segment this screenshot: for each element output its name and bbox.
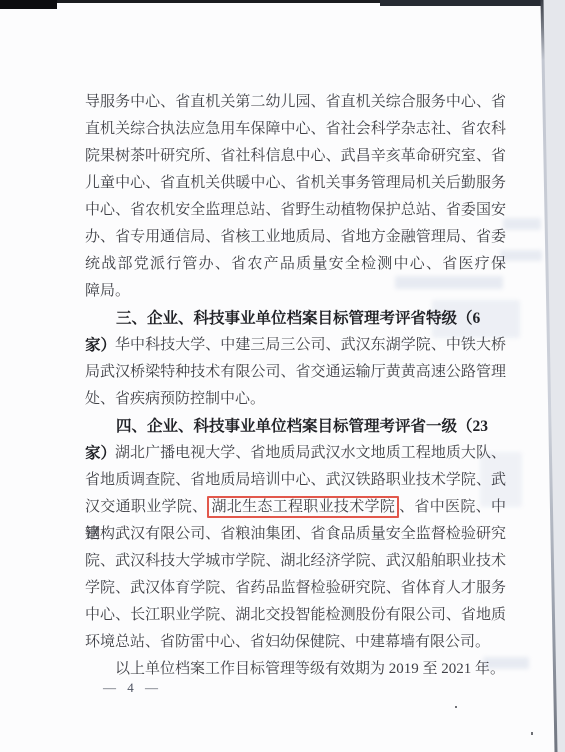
body-line: 统战部党派行管办、省农产品质量安全检测中心、省医疗保 [85,251,506,278]
document-text-block: 导服务中心、省直机关第二幼儿园、省直机关综合服务中心、省 直机关综合执法应急用车… [85,89,506,683]
body-line: 局武汉桥梁特种技术有限公司、省交通运输厅黄黄高速公路管理 [85,359,506,386]
scanned-document-page: 导服务中心、省直机关第二幼儿园、省直机关综合服务中心、省 直机关综合执法应急用车… [0,0,565,752]
body-line: 学院、武汉体育学院、省药品监督检验研究院、省体育人才服务 [85,575,506,602]
scan-speck [455,706,457,708]
page-number: — 4 — [103,680,162,696]
red-highlight-box: 湖北生态工程职业技术学院 [207,496,399,518]
body-line: 办、省专用通信局、省核工业地质局、省地方金融管理局、省委 [85,224,506,251]
body-line: 中心、省农机安全监理总站、省野生动植物保护总站、省委国安 [85,197,506,224]
body-line: 院、武汉科技大学城市学院、湖北经济学院、武汉船舶职业技术 [85,548,506,575]
body-line: 直机关综合执法应急用车保障中心、省社会科学杂志社、省农科 [85,116,506,143]
highlighted-text: 湖北生态工程职业技术学院 [211,499,395,515]
closing-line: 以上单位档案工作目标管理等级有效期为 2019 至 2021 年。 [85,656,506,683]
scan-speck [531,732,533,735]
bleedthrough-artifact [503,218,541,230]
body-line: 环境总站、省防雷中心、省妇幼保健院、中建幕墙有限公司。 [85,629,506,656]
body-line: 钢构武汉有限公司、省粮油集团、省食品质量安全监督检验研究 [85,521,506,548]
highlight-line-before: 汉交通职业学院、 [85,499,207,515]
body-line: 儿童中心、省直机关供暖中心、省机关事务管理局机关后勤服务 [85,170,506,197]
body-line: 导服务中心、省直机关第二幼儿园、省直机关综合服务中心、省 [85,89,506,116]
section-heading-3: 三、企业、科技事业单位档案目标管理考评省特级（6 家） [85,305,506,332]
section-heading-4: 四、企业、科技事业单位档案目标管理考评省一级（23 家） [85,413,506,440]
body-line: 院果树茶叶研究所、省社科信息中心、武昌辛亥革命研究室、省 [85,143,506,170]
body-line: 处、省疾病预防控制中心。 [85,386,506,413]
body-line: 障局。 [85,278,506,305]
body-line-with-highlight: 汉交通职业学院、湖北生态工程职业技术学院、省中医院、中建 [85,494,506,521]
body-line: 湖北广播电视大学、省地质局武汉水文地质工程地质大队、 [85,440,506,467]
body-line: 省地质调查院、省地质局培训中心、武汉铁路职业技术学院、武 [85,467,506,494]
body-line: 华中科技大学、中建三局三公司、武汉东湖学院、中铁大桥 [85,332,506,359]
body-line: 中心、长江职业学院、湖北交投智能检测股份有限公司、省地质 [85,602,506,629]
bleedthrough-artifact [500,250,542,261]
